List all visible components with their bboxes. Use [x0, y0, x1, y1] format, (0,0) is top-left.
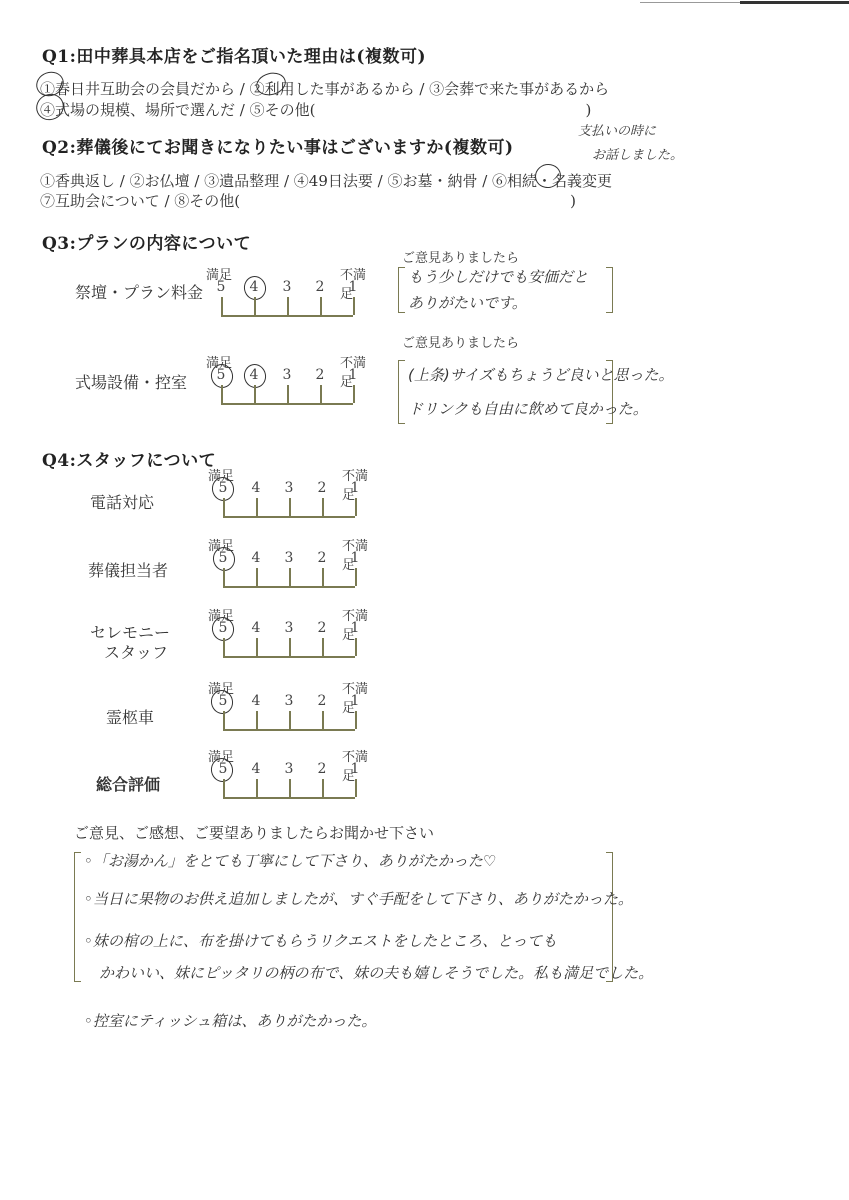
q3-row1-rating-scale[interactable]: 満足 不満足 5 4 3 2 1	[214, 264, 374, 324]
scale-3[interactable]: 3	[282, 761, 296, 777]
top-edge-bar	[740, 1, 849, 4]
scale-2[interactable]: 2	[315, 480, 329, 496]
scale-4[interactable]: 4	[249, 693, 263, 709]
q3-row2-comment-hint: ご意見ありましたら	[402, 332, 519, 351]
q1-options-line1: ①春日井互助会の会員だから / ②利用した事があるから / ③会葬で来た事がある…	[40, 78, 609, 99]
q4-row1-rating-scale[interactable]: 満足 不満足 5 4 3 2 1	[216, 465, 376, 525]
scale-4[interactable]: 4	[249, 550, 263, 566]
q3-row1-comment-bracket-right	[606, 267, 613, 313]
scale-4[interactable]: 4	[249, 620, 263, 636]
feedback-bracket-left	[74, 852, 81, 982]
scale-3[interactable]: 3	[282, 550, 296, 566]
feedback-line-5: ◦控室にティッシュ箱は、ありがたかった。	[84, 1010, 376, 1031]
q2-handwritten-note-line1: 支払いの時に	[578, 120, 656, 139]
scale-2[interactable]: 2	[313, 279, 327, 295]
q4-row1-label: 電話対応	[90, 490, 154, 513]
q4-row2-label: 葬儀担当者	[88, 558, 168, 581]
q4-row4-label: 霊柩車	[106, 705, 154, 728]
q2-options-line2: ⑦互助会について / ⑧その他( )	[40, 190, 576, 211]
q3-row1-comment-line2: ありがたいです。	[408, 292, 527, 313]
scale-1[interactable]: 1	[348, 761, 362, 777]
q3-row2-comment-line1: (上条)サイズもちょうど良いと思った。	[408, 364, 674, 385]
top-edge-line	[640, 2, 740, 3]
q3-row2-rating-scale[interactable]: 満足 不満足 5 4 3 2 1	[214, 352, 374, 412]
scale-1[interactable]: 1	[348, 620, 362, 636]
feedback-title: ご意見、ご感想、ご要望ありましたらお聞かせ下さい	[74, 822, 434, 843]
scale-3[interactable]: 3	[280, 367, 294, 383]
q4-row5-rating-scale[interactable]: 満足 不満足 5 4 3 2 1	[216, 746, 376, 806]
q4-row3-label-line2: スタッフ	[104, 640, 168, 663]
scale-3[interactable]: 3	[282, 693, 296, 709]
q3-row1-comment-bracket-left	[398, 267, 405, 313]
q3-row2-label: 式場設備・控室	[75, 370, 187, 393]
scale-3[interactable]: 3	[282, 620, 296, 636]
q3-row2-comment-line2: ドリンクも自由に飲めて良かった。	[408, 398, 648, 419]
scale-3[interactable]: 3	[282, 480, 296, 496]
q3-row1-label: 祭壇・プラン料金	[75, 280, 203, 303]
q4-row5-label: 総合評価	[96, 772, 160, 795]
q3-row2-comment-bracket-left	[398, 360, 405, 424]
scale-1[interactable]: 1	[346, 367, 360, 383]
scale-1[interactable]: 1	[348, 550, 362, 566]
q2-title: Q2:葬儀後にてお聞きになりたい事はございますか(複数可)	[42, 133, 514, 158]
scale-1[interactable]: 1	[346, 279, 360, 295]
q2-handwritten-note-line2: お話しました。	[592, 144, 683, 163]
q2-options-line1: ①香典返し / ②お仏壇 / ③遺品整理 / ④49日法要 / ⑤お墓・納骨 /…	[40, 170, 612, 191]
q1-title: Q1:田中葬具本店をご指名頂いた理由は(複数可)	[42, 42, 426, 67]
scale-1[interactable]: 1	[348, 480, 362, 496]
q3-title: Q3:プランの内容について	[42, 229, 251, 254]
feedback-line-4: かわいい、妹にピッタリの柄の布で、妹の夫も嬉しそうでした。私も満足でした。	[84, 962, 653, 983]
scale-1[interactable]: 1	[348, 693, 362, 709]
scale-2[interactable]: 2	[313, 367, 327, 383]
q1-options-line2: ④式場の規模、場所で選んだ / ⑤その他( )	[40, 99, 591, 120]
q3-row1-comment-hint: ご意見ありましたら	[402, 247, 519, 266]
scale-2[interactable]: 2	[315, 550, 329, 566]
scale-5[interactable]: 5	[214, 279, 228, 295]
feedback-line-3: ◦妹の棺の上に、布を掛けてもらうリクエストをしたところ、とっても	[84, 930, 557, 951]
q4-row3-rating-scale[interactable]: 満足 不満足 5 4 3 2 1	[216, 605, 376, 665]
scale-3[interactable]: 3	[280, 279, 294, 295]
q4-row4-rating-scale[interactable]: 満足 不満足 5 4 3 2 1	[216, 678, 376, 738]
scale-2[interactable]: 2	[315, 620, 329, 636]
feedback-line-2: ◦当日に果物のお供え追加しましたが、すぐ手配をして下さり、ありがたかった。	[84, 888, 633, 909]
scale-2[interactable]: 2	[315, 693, 329, 709]
q3-row1-comment-line1: もう少しだけでも安価だと	[408, 266, 588, 287]
scale-2[interactable]: 2	[315, 761, 329, 777]
q4-row2-rating-scale[interactable]: 満足 不満足 5 4 3 2 1	[216, 535, 376, 595]
feedback-line-1: ◦「お湯かん」をとても丁寧にして下さり、ありがたかった♡	[84, 850, 496, 871]
scale-4[interactable]: 4	[249, 761, 263, 777]
q4-title: Q4:スタッフについて	[42, 446, 216, 471]
scale-4[interactable]: 4	[249, 480, 263, 496]
